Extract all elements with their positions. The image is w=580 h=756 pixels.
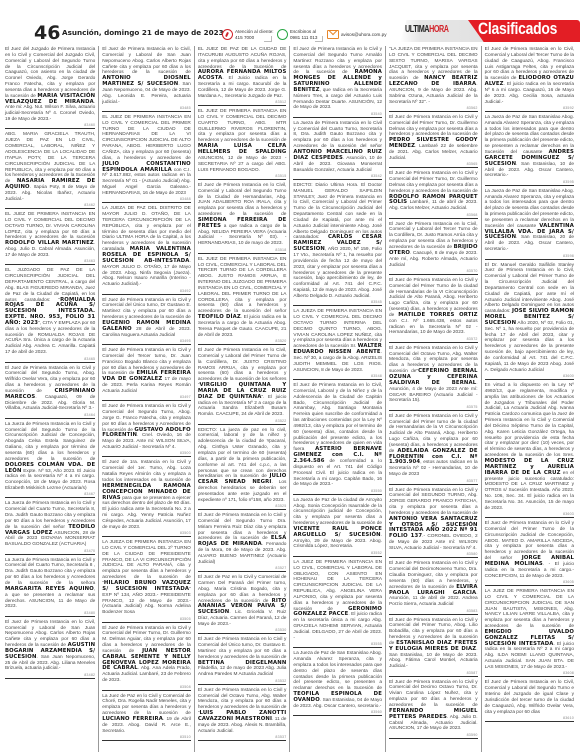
legal-notice: El Juez de Primera Instancia en lo Civil… [5, 365, 95, 419]
legal-notice: El Juez de Primera Instancia en lo Civil… [198, 636, 287, 684]
divider [264, 36, 272, 42]
mail-icon [327, 30, 339, 39]
notice-code: 83460 [5, 123, 95, 127]
notice-body: El Juez de Primera Instancia en lo Civil… [389, 171, 478, 194]
notice-code: 83595 [485, 180, 574, 184]
notice-code: 83605 [485, 580, 574, 584]
notice-code: 83497 [102, 395, 191, 399]
legal-notice: El Juez de Primera Instancia en lo Civil… [293, 46, 382, 118]
whatsapp-icon [277, 29, 288, 40]
page-header: 46 Asunción, domingo 21 de mayo de 2023 … [0, 0, 580, 44]
notice-code: 83548 [293, 374, 382, 378]
notice-body-end: en el presente juicio sucesorio caratula… [485, 471, 574, 511]
notice-code: 83465 [5, 357, 95, 361]
legal-notice: LA JUEZA DE PRIMERA INSTANCIA EN LO CIVI… [293, 308, 382, 380]
legal-notice: El Juez de Primera Instancia en lo Civil… [198, 182, 287, 254]
decedent-name: TEOFILO DÍAZ [198, 314, 241, 320]
notice-code: 83492 [102, 289, 191, 293]
legal-notice: El Juez de Primera Instancia en lo Civil… [102, 347, 191, 401]
legal-notice: En virtud a lo dispuesto en la Ley Nº 49… [485, 382, 574, 518]
legal-notice: ABG. MARIA GRACIELA TRAUTH, JUEZA DE PAZ… [5, 131, 95, 209]
notice-code: 83500 [102, 451, 191, 455]
legal-notice: LA JUEZA DE PRIMERA INSTANCIA EN LO CIVI… [102, 539, 191, 622]
legal-notice: La Juez de Paz en lo Civil y Comercial d… [102, 693, 191, 741]
legal-notice: EL JUEZ DE PAZ DE LA CIUDAD DE ITACURUBI… [198, 46, 287, 106]
legal-notice: El Dr. Manuel Geraldo Saifildin Stanley … [485, 262, 574, 381]
legal-notice: El Juez de Primera Instancia en lo Civil… [102, 46, 191, 112]
decedent-name: VICENTE RAUL PONCE ARGUELLO S/ SUCESIÓN [293, 526, 382, 538]
legal-notice: El Juez de 1ra. Instancia en lo Civil y … [102, 459, 191, 537]
notice-code: 83530 [198, 628, 287, 632]
notice-body: El Juez de Primera Instancia en lo Civil… [198, 183, 287, 217]
legal-notice: El Juez de Primera Instancia en lo Civil… [102, 297, 191, 345]
notice-code: 83545 [293, 300, 382, 304]
column-1: El Juez del Juzgado de Primera Instancia… [4, 46, 99, 752]
notice-code: 83587 [389, 671, 478, 675]
column-6: El Juez de Primera Instancia en lo Civil… [482, 46, 577, 752]
notice-code: 83570 [389, 269, 478, 273]
notice-code: 83603 [485, 512, 574, 516]
notice-body: En virtud a lo dispuesto en la Ley Nº 49… [485, 383, 574, 458]
page-date: Asunción, domingo 21 de mayo de 2023 [62, 28, 224, 37]
decedent-name: LUCIANO FERREIRA [102, 716, 163, 722]
notice-code: 83522 [198, 419, 287, 423]
notice-code: 83568 [389, 213, 478, 217]
legal-notice: El Juez de Primera Instancia en lo Civil… [389, 114, 478, 168]
legal-notice: EL JUEZ DE PRIMERA INSTANCIA EN LO CIVIL… [102, 114, 191, 203]
page-number: 46 [34, 22, 60, 44]
whatsapp-contact[interactable]: Escribinos al0981 111 013 [277, 27, 317, 42]
notice-body: EL JUEZ DE PRIMERA INSTANCIA EN LO CIVIL… [198, 109, 287, 143]
legal-notice: El Juez de Primera Instancia en lo Civil… [198, 347, 287, 425]
legal-notice: El Juez de Primera Instancia en lo Civil… [389, 487, 478, 559]
notice-code: 83540 [293, 112, 382, 116]
column-5: "LA JUEZA DE PRIMERA INSTANCIA EN LO CIV… [386, 46, 482, 752]
notice-code: 83542 [293, 174, 382, 178]
notice-code: 83555 [293, 642, 382, 646]
decedent-name: BETTINA DIEGELMANN [198, 660, 287, 666]
legal-notice: El Juez de Primera Instancia en lo Civil… [389, 679, 478, 739]
notice-code: 83608 [485, 671, 574, 675]
notice-code: 83590 [389, 733, 478, 737]
decedent-name: ESTANISLAO DIAZ FRETES Y EULOGIA MIERES … [389, 640, 478, 652]
legal-notice: El Juez de Paz en lo Civil y Comercial d… [198, 574, 287, 634]
notice-body: LA JUEZ DE PRIMERA INSTANCIA EN LO CIVIL… [293, 560, 382, 612]
notice-code: 83495 [102, 339, 191, 343]
legal-notice: El Juez de Primera Instancia en lo Civil… [5, 619, 95, 679]
notice-body: LA JUEZ DE PRIMERA INSTANCIA EN LO CIVIL… [485, 589, 574, 629]
notice-body-end: Filadelfia, 12 de mayo de 2023 Abg. Juli… [198, 666, 287, 677]
notice-code: 83515 [198, 174, 287, 178]
legal-notice: La Jueza de Primera Instancia en lo Civi… [5, 421, 95, 499]
notice-code: 83510 [102, 735, 191, 739]
notice-code: 83470 [5, 549, 95, 553]
notice-code: 83508 [102, 685, 191, 689]
legal-notice: EDICTO: La jueza de paz en lo civil, com… [198, 427, 287, 510]
notice-code: 83598 [485, 254, 574, 258]
notice-code: 83482 [5, 673, 95, 677]
notice-body: El Juez de Primera Instancia en lo Civil… [102, 47, 191, 75]
notice-code: 83600 [485, 374, 574, 378]
legal-notice: "LA JUEZA DE PRIMERA INSTANCIA EN LO CIV… [389, 46, 478, 112]
divider [315, 36, 323, 42]
legal-notice: El Juez de Primera Instancia en lo Civil… [198, 512, 287, 572]
legal-notice: La Jueza de Primera Instancia en lo Civi… [5, 500, 95, 554]
legal-notice: El Juez de Primera Instancia en lo Civil… [485, 679, 574, 722]
notice-body: La Jueza de Primera Instancia en lo Civi… [5, 422, 95, 462]
notice-body-end: para que se presenten a ejercer sus dere… [102, 496, 191, 530]
notice-body: El Juez del Juzgado de Primera Instancia… [5, 47, 95, 99]
column-4: El Juez de Primera Instancia en lo Civil… [290, 46, 386, 752]
column-2: El Juez de Primera Instancia en lo Civil… [99, 46, 195, 752]
notice-code: 83520 [198, 339, 287, 343]
notice-body: La Jueza de Primera Instancia en lo Civi… [5, 558, 95, 586]
legal-notice: El Juez de Primera Instancia en lo Civil… [389, 560, 478, 614]
notice-body-end: Año 2020, Nº 02, Folio 01, Sec. Nº 1, ha… [485, 321, 574, 373]
legal-notice: El Juez de Primera Instancia en lo Civil… [389, 221, 478, 275]
notice-code: 83505 [102, 617, 191, 621]
notice-code: 83580 [389, 552, 478, 556]
notice-code: 83503 [102, 531, 191, 535]
notice-code: 83485 [102, 106, 191, 110]
legal-notice: El Juez de Primera Instancia en lo Civil… [389, 617, 478, 677]
notice-body: El Juez de Primera Instancia en lo Civil… [485, 680, 574, 714]
notice-code: 83462 [5, 203, 95, 207]
notice-code: 83583 [389, 609, 478, 613]
legal-notice: LA JUEZ DE PRIMERA INSTANCIA EN LO CIVIL… [293, 559, 382, 648]
notice-code: 83464 [5, 413, 95, 417]
notice-body: EL JUEZ DE PRIMERA INSTANCIA EN LO CIVIL… [5, 212, 95, 240]
notice-body: La Juez de Paz en lo Civil y Comercial d… [102, 694, 191, 717]
legal-notice: EL JUEZ DE PRIMERA INSTANCIA EN LO CIVIL… [198, 256, 287, 345]
legal-notice: El Juez del Juzgado de Primera Instancia… [5, 46, 95, 129]
legal-notice: El Juez de Primera Instancia en lo Civil… [389, 413, 478, 485]
legal-notice: El Juez de Primera Instancia en lo Civil… [485, 46, 574, 112]
notice-body: EDICTO: Diario Ultima Hora. El Doctor MA… [293, 183, 382, 241]
notice-body: EDICTO: La jueza de paz en lo civil, com… [198, 428, 287, 480]
section-title: Clasificados [478, 19, 557, 39]
legal-notice: La Jueza de Paz de San Estanislao Abog. … [485, 114, 574, 186]
notice-body: El Juez de Primera Instancia en lo Civil… [198, 637, 287, 660]
decedent-name: MATILDE TORRES ORTIZ [398, 312, 477, 318]
decedent-name: HILARIO BRUNO VAZQUEZ S/ SUCESION INTEST… [102, 580, 191, 592]
notice-code: 83565 [389, 162, 478, 166]
legal-notice: La Jueza de Paz de San Estanislao Abog. … [485, 188, 574, 260]
ultima-hora-logo: ULTIMAHORA [405, 24, 449, 35]
notice-code: 83560 [293, 710, 382, 714]
legal-notice: El Juez de Primera Instancia en lo Civil… [293, 382, 382, 495]
notice-code: 83552 [293, 551, 382, 555]
email-contact[interactable]: avisos@uhora.com.py [327, 27, 387, 42]
notice-code: 83527 [198, 566, 287, 570]
notice-code: 83512 [198, 100, 287, 104]
legal-notice: EL JUEZ DE PRIMERA INSTANCIA EN LO CIVIL… [5, 211, 95, 265]
legal-notice: El Juez de Primera Instancia en lo Civil… [389, 170, 478, 218]
legal-notice: LA JUEZA DE PAZ DEL DISTRITO DE MAYOR JU… [102, 205, 191, 294]
notice-body: EL JUEZ DE PAZ DE LA CIUDAD DE ITACURUBI… [198, 47, 287, 70]
notice-body: EL JUEZ DE PRIMERA INSTANCIA EN LO CIVIL… [198, 257, 287, 315]
notice-code: 83550 [293, 489, 382, 493]
notice-body: La Jueza de Paz de San Estanislao Abog. … [293, 651, 382, 691]
contact-email: avisos@uhora.com.py [341, 32, 387, 37]
notice-code: 83537 [198, 735, 287, 739]
notice-body-end: , AÑO 2020, Nº 159, Folio 17 Vto., Secre… [293, 247, 382, 299]
notice-code: 83463 [5, 259, 95, 263]
legal-notice: EL JUEZ DE PRIMERA INSTANCIA EN LO CIVIL… [198, 108, 287, 180]
legal-notice: La Jueza de Primera Instancia en lo Civi… [293, 120, 382, 180]
notice-code: 83532 [198, 679, 287, 683]
notice-code: 83467 [5, 492, 95, 496]
notice-body: EL JUEZ DE PRIMERA INSTANCIA EN LO CIVIL… [102, 115, 191, 161]
legal-notice: El Juez de Primera Instancia en lo Civil… [389, 277, 478, 343]
phone-icon [222, 29, 233, 40]
classified-columns: El Juez del Juzgado de Primera Instancia… [4, 46, 577, 752]
notice-body: El Juez de Primera Instancia en lo Civil… [102, 298, 191, 321]
contact-value: 0981 111 013 [290, 35, 317, 40]
legal-notice: El Juez de Primera Instancia en lo Civil… [102, 625, 191, 691]
notice-body-end: con C.I. Nº 1.665.438, estos autos radic… [389, 319, 478, 336]
notice-code: 83572 [389, 337, 478, 341]
notice-code: 83610 [485, 716, 574, 720]
legal-notice: La Jueza de Paz de la ciudad de Arroyito… [293, 497, 382, 557]
decedent-name: MARIA LUISA CELFA HELLMERS DE SPALDING [198, 143, 287, 155]
notice-body: El Dr. Manuel Geraldo Saifildin Stanley … [485, 263, 574, 315]
legal-notice: LA JUEZ DE PRIMERA INSTANCIA EN LO CIVIL… [485, 588, 574, 677]
notice-body: El Juez de Primera Instancia en lo Civil… [389, 680, 478, 708]
notice-body: El Juez de Primera Instancia en lo Civil… [389, 115, 478, 138]
notice-code: 83592 [485, 106, 574, 110]
column-3: EL JUEZ DE PAZ DE LA CIUDAD DE ITACURUBI… [195, 46, 291, 752]
notice-body-end: ", CITA Y EMPLAZA por 60 días a los here… [5, 321, 95, 355]
legal-notice: La Jueza de Primera Instancia en lo Civi… [5, 557, 95, 617]
notice-code: 83577 [389, 479, 478, 483]
notice-body: La Jueza de Paz de la ciudad de Arroyito… [293, 498, 382, 526]
notice-body-end: ASUNCION, 12 de Mayo de 2023 - SECRETARI… [198, 156, 287, 173]
notice-body: ABG. MARIA GRACIELA TRAUTH, JUEZA DE PAZ… [5, 132, 95, 184]
legal-notice: El Juez de Primera Instancia en lo Civil… [389, 345, 478, 411]
decedent-name: MARGARITA REYES AQUINO [5, 586, 94, 592]
legal-notice: El Juez de Primera Instancia en lo Civil… [198, 687, 287, 741]
legal-notice: El Juez de Primera Instancia en lo Civil… [485, 520, 574, 586]
notice-body: El Juez de 1ra. Instancia en lo Civil y … [102, 460, 191, 483]
legal-notice: EDICTO: Diario Ultima Hora. El Doctor MA… [293, 182, 382, 306]
notice-code: 83525 [198, 504, 287, 508]
notice-code: 83562 [389, 106, 478, 110]
legal-notice: La Jueza de Paz de San Estanislao Abog. … [293, 650, 382, 716]
decedent-name: RODOLFO VILLAR MARTINEZ [5, 240, 94, 246]
notice-body: El Juez de Primera Instancia en lo Civil… [293, 383, 382, 452]
notice-code: 83518 [198, 248, 287, 252]
notice-code: 83488 [102, 197, 191, 201]
notice-body: La Jueza de Primera Instancia en lo Civi… [293, 121, 382, 149]
contact-value: 415 7000 [235, 35, 254, 40]
notice-body: El Juez de Primera Instancia en lo Civil… [389, 488, 478, 516]
legal-notice: EL JUZGADO DE PAZ DE LA CIRCUNSCRIPCIÓN … [5, 267, 95, 362]
notice-code: 83480 [5, 611, 95, 615]
legal-notice: El Juez de Primera Instancia en lo Civil… [102, 403, 191, 457]
notice-code: 83575 [389, 405, 478, 409]
